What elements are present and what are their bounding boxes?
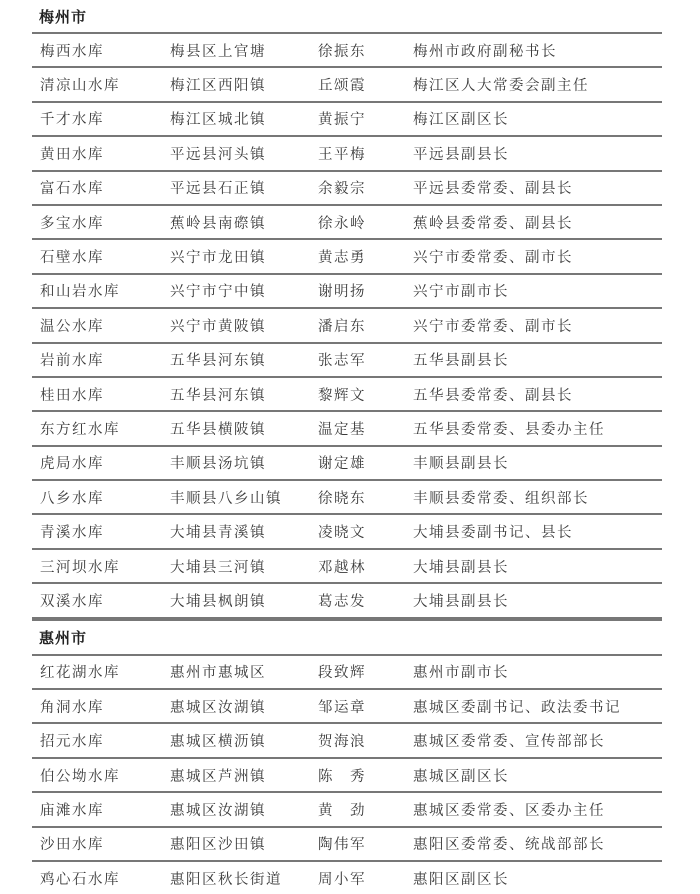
position-cell: 大埔县副县长: [413, 590, 509, 611]
location-cell: 五华县横陂镇: [170, 418, 266, 439]
reservoir-name-cell: 清凉山水库: [40, 74, 120, 95]
responsible-person-cell: 邓越林: [318, 556, 366, 577]
responsible-person-cell: 黄志勇: [318, 246, 366, 267]
table-row: 岩前水库五华县河东镇张志军五华县副县长: [32, 342, 662, 376]
position-cell: 兴宁市委常委、副市长: [413, 315, 573, 336]
table-row: 黄田水库平远县河头镇王平梅平远县副县长: [32, 135, 662, 169]
reservoir-name-cell: 虎局水库: [40, 452, 104, 473]
reservoir-name-cell: 梅西水库: [40, 40, 104, 61]
table-row: 清凉山水库梅江区西阳镇丘颂霞梅江区人大常委会副主任: [32, 66, 662, 100]
reservoir-name-cell: 沙田水库: [40, 833, 104, 854]
responsible-person-cell: 谢明扬: [318, 280, 366, 301]
location-cell: 梅江区西阳镇: [170, 74, 266, 95]
reservoir-name-cell: 鸡心石水库: [40, 868, 120, 889]
position-cell: 丰顺县委常委、组织部长: [413, 487, 589, 508]
section-title-meizhou: 梅州市: [32, 0, 662, 32]
reservoir-name-cell: 富石水库: [40, 177, 104, 198]
responsible-person-cell: 陶伟军: [318, 833, 366, 854]
reservoir-name-cell: 庙滩水库: [40, 799, 104, 820]
table-row: 双溪水库大埔县枫朗镇葛志发大埔县副县长: [32, 582, 662, 618]
responsible-person-cell: 张志军: [318, 349, 366, 370]
responsible-person-cell: 黄 劲: [318, 799, 366, 820]
location-cell: 惠城区汝湖镇: [170, 799, 266, 820]
table-row: 多宝水库蕉岭县南磜镇徐永岭蕉岭县委常委、副县长: [32, 204, 662, 238]
reservoir-name-cell: 双溪水库: [40, 590, 104, 611]
location-cell: 兴宁市黄陂镇: [170, 315, 266, 336]
reservoir-name-cell: 石壁水库: [40, 246, 104, 267]
position-cell: 惠阳区副区长: [413, 868, 509, 889]
position-cell: 蕉岭县委常委、副县长: [413, 212, 573, 233]
table-row: 桂田水库五华县河东镇黎辉文五华县委常委、副县长: [32, 376, 662, 410]
position-cell: 惠城区委副书记、政法委书记: [413, 696, 621, 717]
reservoir-name-cell: 岩前水库: [40, 349, 104, 370]
table-row: 虎局水库丰顺县汤坑镇谢定雄丰顺县副县长: [32, 445, 662, 479]
position-cell: 大埔县副县长: [413, 556, 509, 577]
reservoir-name-cell: 和山岩水库: [40, 280, 120, 301]
table-row: 伯公坳水库惠城区芦洲镇陈 秀惠城区副区长: [32, 757, 662, 791]
responsible-person-cell: 凌晓文: [318, 521, 366, 542]
position-cell: 惠城区副区长: [413, 765, 509, 786]
section-huizhou-rows: 红花湖水库惠州市惠城区段致辉惠州市副市长角洞水库惠城区汝湖镇邹运章惠城区委副书记…: [32, 654, 662, 894]
position-cell: 梅州市政府副秘书长: [413, 40, 557, 61]
location-cell: 惠城区汝湖镇: [170, 696, 266, 717]
position-cell: 惠城区委常委、区委办主任: [413, 799, 605, 820]
position-cell: 大埔县委副书记、县长: [413, 521, 573, 542]
position-cell: 丰顺县副县长: [413, 452, 509, 473]
table-row: 富石水库平远县石正镇余毅宗平远县委常委、副县长: [32, 170, 662, 204]
position-cell: 梅江区人大常委会副主任: [413, 74, 589, 95]
location-cell: 蕉岭县南磜镇: [170, 212, 266, 233]
location-cell: 平远县石正镇: [170, 177, 266, 198]
responsible-person-cell: 黎辉文: [318, 384, 366, 405]
location-cell: 惠阳区沙田镇: [170, 833, 266, 854]
table-row: 招元水库惠城区横沥镇贺海浪惠城区委常委、宣传部部长: [32, 722, 662, 756]
location-cell: 丰顺县八乡山镇: [170, 487, 282, 508]
table-row: 庙滩水库惠城区汝湖镇黄 劲惠城区委常委、区委办主任: [32, 791, 662, 825]
position-cell: 惠城区委常委、宣传部部长: [413, 730, 605, 751]
location-cell: 五华县河东镇: [170, 384, 266, 405]
location-cell: 兴宁市宁中镇: [170, 280, 266, 301]
reservoir-name-cell: 温公水库: [40, 315, 104, 336]
responsible-person-cell: 徐晓东: [318, 487, 366, 508]
location-cell: 大埔县枫朗镇: [170, 590, 266, 611]
responsible-person-cell: 邹运章: [318, 696, 366, 717]
location-cell: 惠城区横沥镇: [170, 730, 266, 751]
position-cell: 平远县委常委、副县长: [413, 177, 573, 198]
table-row: 东方红水库五华县横陂镇温定基五华县委常委、县委办主任: [32, 410, 662, 444]
responsible-person-cell: 周小军: [318, 868, 366, 889]
reservoir-name-cell: 八乡水库: [40, 487, 104, 508]
location-cell: 大埔县三河镇: [170, 556, 266, 577]
responsible-person-cell: 王平梅: [318, 143, 366, 164]
table-row: 温公水库兴宁市黄陂镇潘启东兴宁市委常委、副市长: [32, 307, 662, 341]
responsible-person-cell: 潘启东: [318, 315, 366, 336]
position-cell: 惠州市副市长: [413, 661, 509, 682]
location-cell: 兴宁市龙田镇: [170, 246, 266, 267]
position-cell: 五华县副县长: [413, 349, 509, 370]
position-cell: 兴宁市委常委、副市长: [413, 246, 573, 267]
reservoir-name-cell: 青溪水库: [40, 521, 104, 542]
responsible-person-cell: 谢定雄: [318, 452, 366, 473]
table-row: 鸡心石水库惠阳区秋长街道周小军惠阳区副区长: [32, 860, 662, 894]
position-cell: 惠阳区委常委、统战部部长: [413, 833, 605, 854]
position-cell: 平远县副县长: [413, 143, 509, 164]
responsible-person-cell: 贺海浪: [318, 730, 366, 751]
reservoir-name-cell: 东方红水库: [40, 418, 120, 439]
reservoir-name-cell: 千才水库: [40, 108, 104, 129]
reservoir-name-cell: 三河坝水库: [40, 556, 120, 577]
location-cell: 大埔县青溪镇: [170, 521, 266, 542]
responsible-person-cell: 葛志发: [318, 590, 366, 611]
table-row: 红花湖水库惠州市惠城区段致辉惠州市副市长: [32, 654, 662, 688]
responsible-person-cell: 余毅宗: [318, 177, 366, 198]
position-cell: 梅江区副区长: [413, 108, 509, 129]
section-meizhou-rows: 梅西水库梅县区上官塘徐振东梅州市政府副秘书长清凉山水库梅江区西阳镇丘颂霞梅江区人…: [32, 32, 662, 619]
table-row: 石壁水库兴宁市龙田镇黄志勇兴宁市委常委、副市长: [32, 238, 662, 272]
location-cell: 梅江区城北镇: [170, 108, 266, 129]
reservoir-name-cell: 桂田水库: [40, 384, 104, 405]
table-row: 角洞水库惠城区汝湖镇邹运章惠城区委副书记、政法委书记: [32, 688, 662, 722]
reservoir-name-cell: 角洞水库: [40, 696, 104, 717]
responsible-person-cell: 徐振东: [318, 40, 366, 61]
reservoir-name-cell: 多宝水库: [40, 212, 104, 233]
location-cell: 平远县河头镇: [170, 143, 266, 164]
responsible-person-cell: 黄振宁: [318, 108, 366, 129]
table-row: 青溪水库大埔县青溪镇凌晓文大埔县委副书记、县长: [32, 513, 662, 547]
responsible-person-cell: 陈 秀: [318, 765, 366, 786]
reservoir-name-cell: 红花湖水库: [40, 661, 120, 682]
reservoir-responsibility-table: 梅州市 梅西水库梅县区上官塘徐振东梅州市政府副秘书长清凉山水库梅江区西阳镇丘颂霞…: [32, 0, 662, 894]
position-cell: 五华县委常委、县委办主任: [413, 418, 605, 439]
table-row: 梅西水库梅县区上官塘徐振东梅州市政府副秘书长: [32, 32, 662, 66]
location-cell: 五华县河东镇: [170, 349, 266, 370]
responsible-person-cell: 徐永岭: [318, 212, 366, 233]
reservoir-name-cell: 伯公坳水库: [40, 765, 120, 786]
location-cell: 惠城区芦洲镇: [170, 765, 266, 786]
section-title-huizhou: 惠州市: [32, 619, 662, 654]
responsible-person-cell: 温定基: [318, 418, 366, 439]
table-row: 千才水库梅江区城北镇黄振宁梅江区副区长: [32, 101, 662, 135]
table-row: 三河坝水库大埔县三河镇邓越林大埔县副县长: [32, 548, 662, 582]
responsible-person-cell: 丘颂霞: [318, 74, 366, 95]
location-cell: 梅县区上官塘: [170, 40, 266, 61]
location-cell: 丰顺县汤坑镇: [170, 452, 266, 473]
table-row: 和山岩水库兴宁市宁中镇谢明扬兴宁市副市长: [32, 273, 662, 307]
location-cell: 惠阳区秋长街道: [170, 868, 282, 889]
position-cell: 兴宁市副市长: [413, 280, 509, 301]
reservoir-name-cell: 招元水库: [40, 730, 104, 751]
location-cell: 惠州市惠城区: [170, 661, 266, 682]
table-row: 八乡水库丰顺县八乡山镇徐晓东丰顺县委常委、组织部长: [32, 479, 662, 513]
table-row: 沙田水库惠阳区沙田镇陶伟军惠阳区委常委、统战部部长: [32, 826, 662, 860]
position-cell: 五华县委常委、副县长: [413, 384, 573, 405]
reservoir-name-cell: 黄田水库: [40, 143, 104, 164]
responsible-person-cell: 段致辉: [318, 661, 366, 682]
